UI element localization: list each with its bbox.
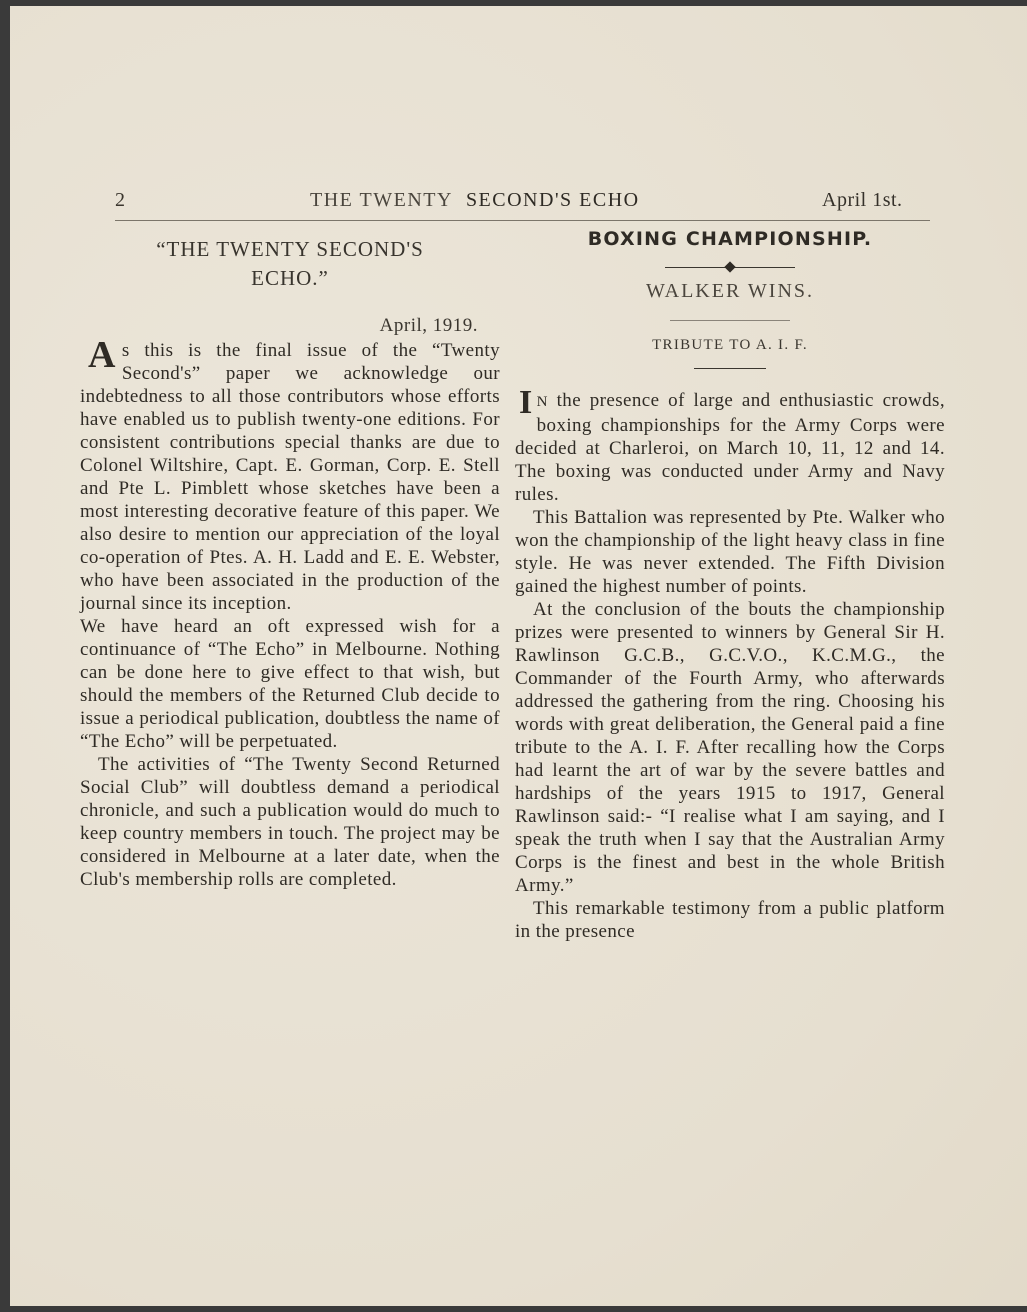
editorial-title-line2: ECHO.”	[80, 264, 500, 293]
editorial-para1-first: s this is the final issue of the	[122, 340, 418, 361]
page-number: 2	[115, 189, 125, 212]
editorial-dateline: April, 1919.	[80, 315, 478, 337]
header-rule	[115, 220, 930, 221]
editorial-title-line1: “THE TWENTY SECOND'S	[80, 235, 500, 264]
drop-cap-a: A	[88, 341, 116, 369]
editorial-paragraph-3: The activities of “The Twenty Second Ret…	[80, 753, 500, 891]
boxing-subheading-2: TRIBUTE TO A. I. F.	[515, 337, 945, 354]
boxing-paragraph-2: This Battalion was represented by Pte. W…	[515, 506, 945, 598]
boxing-heading: BOXING CHAMPIONSHIP.	[515, 228, 945, 250]
editorial-body: As this is the final issue of the “Twent…	[80, 339, 500, 891]
thin-divider	[670, 320, 790, 321]
editorial-title: “THE TWENTY SECOND'S ECHO.”	[80, 235, 500, 293]
boxing-column: BOXING CHAMPIONSHIP. WALKER WINS. TRIBUT…	[515, 225, 945, 943]
masthead-part1: THE TWENTY	[310, 189, 453, 211]
editorial-para1-rest: “Twenty Second's” paper we acknowledge o…	[80, 340, 500, 614]
short-divider	[694, 368, 766, 369]
masthead-part2: SECOND'S ECHO	[466, 189, 640, 211]
boxing-paragraph-4: This remarkable testimony from a public …	[515, 897, 945, 943]
boxing-para1-first: N	[537, 394, 548, 410]
boxing-body: IN the presence of large and enthusiasti…	[515, 389, 945, 943]
diamond-divider	[665, 262, 795, 274]
boxing-subheading: WALKER WINS.	[515, 280, 945, 303]
boxing-para1-rest: the presence of large and enthusiastic c…	[515, 390, 945, 505]
boxing-paragraph-1: IN the presence of large and enthusiasti…	[515, 389, 945, 506]
editorial-paragraph-2: We have heard an oft expressed wish for …	[80, 615, 500, 753]
diamond-icon	[724, 261, 735, 272]
editorial-column: “THE TWENTY SECOND'S ECHO.” April, 1919.…	[80, 225, 500, 891]
boxing-paragraph-3: At the conclusion of the bouts the champ…	[515, 598, 945, 897]
issue-date: April 1st.	[822, 189, 903, 212]
editorial-paragraph-1: As this is the final issue of the “Twent…	[80, 339, 500, 615]
page-header: 2 THE TWENTY SECOND'S ECHO April 1st.	[10, 6, 1027, 226]
masthead: THE TWENTY SECOND'S ECHO	[310, 189, 640, 212]
drop-cap-i: I	[519, 389, 533, 417]
